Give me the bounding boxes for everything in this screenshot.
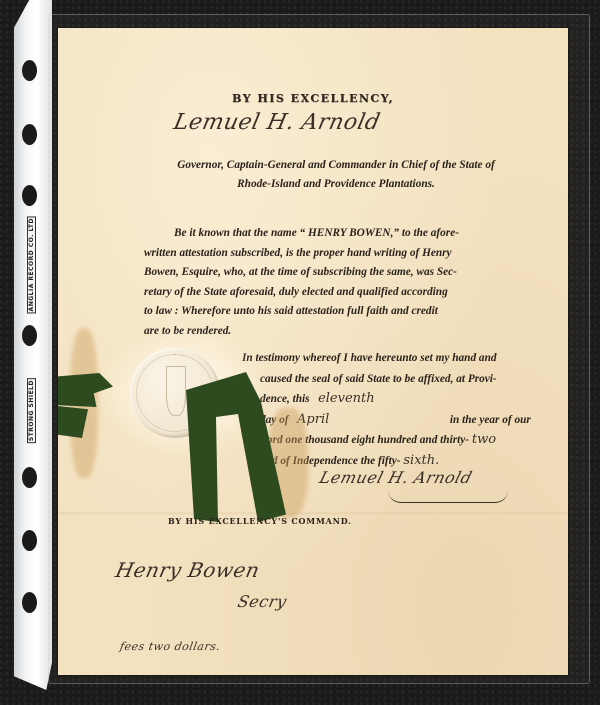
testimony-line: dence, this eleventh (242, 389, 562, 410)
body-line: Be it known that the name “ HENRY BOWEN,… (144, 224, 554, 244)
testimony-line: In testimony whereof I have hereunto set… (242, 348, 562, 369)
testimony-text: in the year of our (450, 414, 531, 426)
secretary-title: Secry (236, 592, 289, 611)
document-heading: BY HIS EXCELLENCY, (58, 92, 568, 105)
command-line: BY HIS EXCELLENCY'S COMMAND. (168, 516, 352, 526)
punch-hole (22, 467, 37, 488)
handwritten-independence-year: sixth. (403, 453, 439, 468)
governor-signature: Lemuel H. Arnold (317, 468, 474, 487)
sleeve-brand-label: ANGLIA RECORD CO. LTD (27, 216, 36, 313)
body-line: Bowen, Esquire, who, at the time of subs… (144, 263, 554, 283)
signature-flourish (388, 490, 508, 503)
body-line: written attestation subscribed, is the p… (144, 244, 554, 264)
punch-hole (22, 185, 37, 206)
sleeve-brand-text: ANGLIA RECORD CO. LTD (28, 218, 35, 311)
sleeve-product-text: STRONG SHIELD (28, 380, 35, 441)
governor-title: Governor, Captain-General and Commander … (136, 156, 536, 194)
punch-hole (22, 325, 37, 346)
handwritten-day: eleventh (318, 391, 375, 406)
attestation-body: Be it known that the name “ HENRY BOWEN,… (144, 224, 554, 342)
body-line: retary of the State aforesaid, duly elec… (144, 283, 554, 303)
sleeve-product-label: STRONG SHIELD (27, 378, 36, 443)
body-line: to law : Wherefore unto his said attesta… (144, 302, 554, 322)
governor-title-line: Governor, Captain-General and Commander … (136, 156, 536, 175)
seal-anchor-emblem (166, 366, 186, 416)
secretary-signature: Henry Bowen (113, 558, 262, 582)
governor-title-line: Rhode-Island and Providence Plantations. (136, 175, 536, 194)
binder-sleeve-strip: ANGLIA RECORD CO. LTD STRONG SHIELD (14, 0, 52, 690)
punch-hole (22, 592, 37, 613)
handwritten-month: April (297, 410, 447, 431)
punch-hole (22, 530, 37, 551)
testimony-line: caused the seal of said State to be affi… (242, 369, 562, 390)
governor-signature-top: Lemuel H. Arnold (171, 110, 382, 135)
certificate-document: BY HIS EXCELLENCY, Lemuel H. Arnold Gove… (58, 28, 568, 675)
fees-note: fees two dollars. (119, 640, 222, 653)
handwritten-year: two (472, 432, 496, 447)
punch-hole (22, 124, 37, 145)
punch-hole (22, 60, 37, 81)
